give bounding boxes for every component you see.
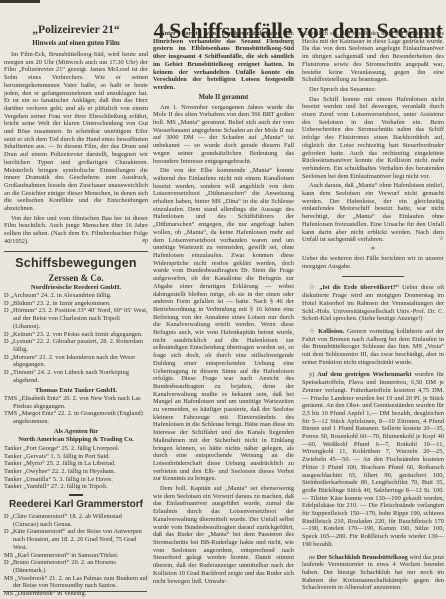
ship-entry: Tanker „Gervais“ 1. 3. fällig in Port Sa… xyxy=(4,453,148,461)
brief-lead: Kollision. xyxy=(318,328,344,335)
brief-marker-icon: ☆ xyxy=(309,328,316,335)
ship-entry: D „Archsum“ 24. 2. in Alexandrien fällig… xyxy=(4,292,148,300)
film-review-article: „Polizeirevier 21“ Hinweis auf einen gut… xyxy=(4,24,148,246)
ship-entry: D „Lystum“ 22. 2. Gibraltar passiert, 28… xyxy=(4,338,148,353)
left-column: „Polizeirevier 21“ Hinweis auf einen gut… xyxy=(4,24,148,599)
article-paragraph: Das Schiff konnte mit einem Hafenlotsen … xyxy=(302,96,444,181)
ship-entry: D „Blidum“ 23. 2. in Izmir angekommen. xyxy=(4,300,148,308)
ship-entry: TMS „Margot Entz“ 22. 2. in Grangemouth … xyxy=(4,410,148,425)
mini-divider xyxy=(69,494,83,496)
article-paragraph: Am 1. November vergangenen Jahres wurde … xyxy=(153,104,294,166)
ship-entry: Tanker „Myrto“ 25. 2. fällig in La Liber… xyxy=(4,460,148,468)
news-brief: ne Der Schachklub Brunsbüttelkoog wird d… xyxy=(302,554,444,593)
shipping-company-heading: Zerssen & Co. xyxy=(4,273,148,283)
ship-entry: D „Bruno Grammerstorf“ 20. 2. an Horsens… xyxy=(4,559,148,574)
ship-entry: D „Tinnum“ 24. 2. von Lübeck nach Norrkö… xyxy=(4,369,148,384)
film-review-title: „Polizeirevier 21“ xyxy=(4,24,148,37)
verdict-heading: Der Spruch des Seeamtes: xyxy=(302,86,444,94)
ship-entry: Tanker „Yamhill“ 27. 2. fällig in Tripol… xyxy=(4,483,148,491)
ship-entry: MS „Karl Grammerstorf“ in Samsun/Türkei. xyxy=(4,552,148,560)
film-review-text: Von der Idee und vom filmischen Bau her … xyxy=(4,215,148,245)
section-divider-rule xyxy=(4,251,148,252)
newspaper-page: „Polizeirevier 21“ Hinweis auf einen gut… xyxy=(0,0,446,599)
news-brief: y) Auf dem gestrigen Wochenmarkt wurden … xyxy=(302,371,444,548)
agents-heading-line1: Als Agenten für xyxy=(4,428,148,436)
end-ornament-icon: ☆ xyxy=(432,236,444,244)
brief-marker-icon: ne xyxy=(309,554,315,561)
article-paragraph: Auch daraus, daß „Manta“ ohne Hafenlotse… xyxy=(302,182,444,244)
fleet-heading: Nordfriesische Reederei GmbH. xyxy=(4,284,148,292)
brief-text: wurden für Speisekartoffeln, Flava und I… xyxy=(302,371,444,547)
ship-entry: Tanker „Umatilla“ 5. 3. fällig in Le Hav… xyxy=(4,476,148,484)
short-divider-rule xyxy=(342,276,404,277)
shipping-company-heading: Reederei Karl Grammerstorf xyxy=(4,499,148,511)
ship-movement-list: D „Cläre Grammerstorf“ 18. 2. ab Willems… xyxy=(4,513,148,598)
article-paragraph: Dem holl. Kapitän auf „Manta“ sei ebenso… xyxy=(153,485,294,585)
news-brief: ☆ „Ist die Erde übervölkert?“ Ueber dies… xyxy=(302,284,444,323)
brief-lead: Der Schachklub Brunsbüttelkoog xyxy=(317,554,408,561)
article-crosshead: Mole II gerammt xyxy=(153,94,294,102)
ship-entry: D „Keitum“ 23. 2. von Piräus nach Izmir … xyxy=(4,331,148,339)
shipping-section: Schiffsbewegungen Zerssen & Co. Nordfrie… xyxy=(4,256,148,598)
brief-marker-icon: ☆ xyxy=(309,284,316,291)
film-review-paragraph: Von der Idee und vom filmischen Bau her … xyxy=(4,215,148,246)
ship-entry: D „Hörnum“ 23. 2. Position 33° 40′ Nord,… xyxy=(4,307,148,330)
ship-movement-list: TMS „Elisabeth Entz“ 20. 2. von New York… xyxy=(4,395,148,426)
ship-entry: MS „Vossbrook“ 21. 2. an Las Palmas zum … xyxy=(4,575,148,590)
shipping-section-title: Schiffsbewegungen xyxy=(4,256,148,270)
news-brief: ☆ Kollision. Gestern vormittag kollidier… xyxy=(302,328,444,367)
fleet-heading: Thomas Entz Tanker GmbH. xyxy=(4,387,148,395)
article-paragraph-continuation: scheinlich sei, daß das Ruder nach der B… xyxy=(302,30,444,84)
ship-entry: Tanker „Fort George“ 25. 2. fällig Liver… xyxy=(4,445,148,453)
ship-entry: D „Morsum“ 21. 2. von Iskenderun nach de… xyxy=(4,354,148,369)
middle-column: Unter Vorsitz von Landgerichtsdirektor D… xyxy=(153,30,294,587)
article-text: Auch daraus, daß „Manta“ ohne Hafenlotse… xyxy=(302,182,444,243)
ship-entry: TMS „Elisabeth Entz“ 20. 2. von New York… xyxy=(4,395,148,410)
ship-entry: Tanker „Owyhee“ 22. 2. fällig in Heysham… xyxy=(4,468,148,476)
film-review-paragraph: Im Film-Eck, Brunsbüttelkoog-Süd, wird h… xyxy=(4,51,148,213)
film-review-signature: ep xyxy=(135,238,148,246)
brief-lead: Auf dem gestrigen Wochenmarkt xyxy=(317,371,411,378)
scan-edge-artifact xyxy=(0,0,40,3)
article-lead-paragraph: Unter Vorsitz von Landgerichtsdirektor D… xyxy=(153,30,294,92)
brief-marker-icon: y) xyxy=(309,371,314,378)
asterisk-divider: * xyxy=(302,246,444,254)
ship-movement-list: D „Archsum“ 24. 2. in Alexandrien fällig… xyxy=(4,292,148,384)
ship-movement-list: Tanker „Fort George“ 25. 2. fällig Liver… xyxy=(4,445,148,491)
agents-heading-line2: North American Shipping & Trading Co. xyxy=(4,436,148,444)
article-paragraph: Die von der Elbe kommende „Manta“ konnte… xyxy=(153,167,294,483)
followup-note: Ueber die weiteren drei Fälle berichten … xyxy=(302,255,444,270)
ship-entry: D „Käte Grammerstorf“ auf der Reise von … xyxy=(4,528,148,551)
ship-entry: D „Cläre Grammerstorf“ 18. 2. ab Willems… xyxy=(4,513,148,528)
right-column: scheinlich sei, daß das Ruder nach der B… xyxy=(302,30,444,597)
film-review-subtitle: Hinweis auf einen guten Film xyxy=(4,39,148,47)
column-bottom-rule xyxy=(3,591,147,592)
brief-lead: „Ist die Erde übervölkert?“ xyxy=(319,284,399,291)
